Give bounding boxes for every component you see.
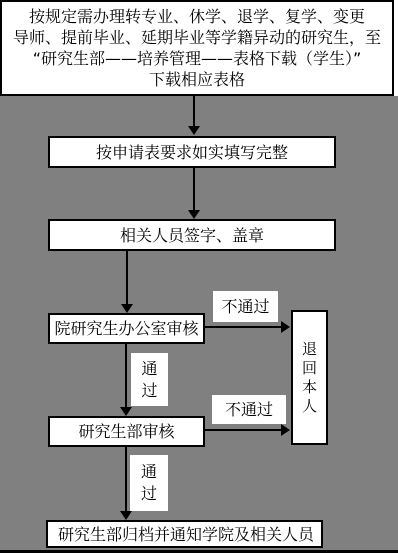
page-edge-strip (394, 0, 398, 96)
fail-label-2: 不通过 (212, 395, 286, 424)
arrow-down-3-head (121, 304, 133, 313)
fail-label-1: 不通过 (213, 291, 278, 322)
grad-dept-review-box: 研究生部审核 (48, 416, 205, 447)
arrow-down-4-line (125, 344, 127, 407)
arrow-down-3-line (126, 251, 128, 304)
arrow-right-fail-1-head (281, 321, 290, 333)
start-box: 按规定需办理转专业、休学、退学、复学、变更 导师、提前毕业、延期毕业等学籍异动的… (0, 0, 394, 96)
arrow-down-2-head (188, 210, 200, 219)
fill-form-box: 按申请表要求如实填写完整 (48, 136, 336, 168)
arrow-down-5-line (125, 447, 127, 511)
arrow-down-5-head (120, 511, 132, 520)
arrow-down-1-line (193, 96, 195, 126)
arrow-right-fail-2-head (281, 424, 290, 436)
return-to-applicant-box: 退 回 本 人 (291, 310, 328, 445)
pass-label-1: 通 过 (131, 353, 168, 406)
archive-notify-box: 研究生部归档并通知学院及相关人员 (46, 520, 323, 548)
arrow-down-2-line (193, 168, 195, 210)
arrow-down-4-head (120, 407, 132, 416)
arrow-right-fail-2-line (205, 429, 282, 431)
flowchart-canvas: 按规定需办理转专业、休学、退学、复学、变更 导师、提前毕业、延期毕业等学籍异动的… (0, 0, 398, 553)
arrow-right-fail-1-line (205, 326, 282, 328)
pass-label-2: 通 过 (130, 455, 168, 511)
college-office-review-box: 院研究生办公室审核 (48, 313, 205, 344)
sign-seal-box: 相关人员签字、盖章 (48, 219, 336, 251)
arrow-down-1-head (188, 126, 200, 135)
